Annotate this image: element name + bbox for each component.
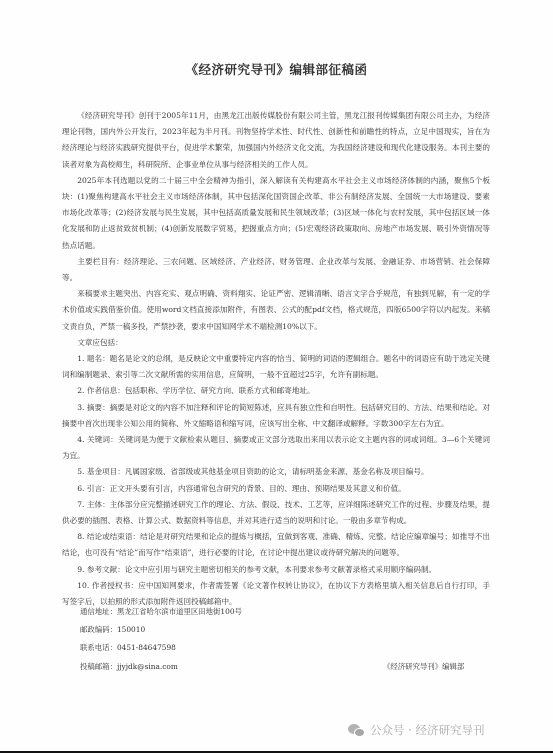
wechat-watermark: 公众号 · 经济研究导刊 (348, 722, 484, 738)
document-title: 《经济研究导刊》编辑部征稿函 (0, 60, 553, 78)
document-body: 《经济研究导刊》创刊于2005年11月，由黑龙江出版传媒股份有限公司主管，黑龙江… (62, 108, 490, 610)
item-fund: 5. 基金项目：凡属国家级、省部级或其他基金项目资助的论文，请标明基金来源、基金… (62, 464, 490, 480)
paragraph-article-includes: 文章应包括： (62, 335, 490, 351)
paragraph-intro: 《经济研究导刊》创刊于2005年11月，由黑龙江出版传媒股份有限公司主管，黑龙江… (62, 108, 490, 173)
item-abstract: 3. 摘要：摘要是对论文的内容不加注释和评论的简短陈述，应具有独立性和自明性。包… (62, 400, 490, 432)
contact-phone: 联系电话：0451-84647598 (80, 639, 242, 657)
item-conclusion: 8. 结论或结束语：结论是对研究结果和论点的提炼与概括，宜做到客观、准确、精炼、… (62, 529, 490, 561)
document-page: 《经济研究导刊》编辑部征稿函 《经济研究导刊》创刊于2005年11月，由黑龙江出… (0, 0, 553, 753)
editorial-signature: 《经济研究导刊》编辑部 (383, 661, 464, 672)
watermark-text: 公众号 · 经济研究导刊 (370, 722, 484, 738)
item-title: 1. 题名：题名是论文的总纲，是反映论文中重要特定内容的恰当、简明的词语的逻辑组… (62, 351, 490, 383)
item-keywords: 4. 关键词：关键词是为便于文献检索从题目、摘要或正文部分选取出来用以表示论文主… (62, 432, 490, 464)
paragraph-columns: 主要栏目有：经济理论、三农问题、区域经济、产业经济、财务管理、企业改革与发展、金… (62, 254, 490, 286)
item-introduction: 6. 引言：正文开头要有引言，内容通常包含研究的背景、目的、理由、预期结果及其意… (62, 481, 490, 497)
contact-postcode: 邮政编码：150010 (80, 621, 242, 639)
contact-info: 通信地址：黑龙江省哈尔滨市道里区田地街100号 邮政编码：150010 联系电话… (80, 603, 242, 676)
item-main-body: 7. 主体：主体部分应完整描述研究工作的理论、方法、假设、技术、工艺等，应详细陈… (62, 497, 490, 529)
wechat-icon (348, 724, 366, 737)
item-author-info: 2. 作者信息：包括职称、学历学位、研究方向、联系方式和邮寄地址。 (62, 383, 490, 399)
paragraph-topics-2025: 2025年本刊选题以党的二十届三中全会精神为指引，深入解读有关构建高水平社会主义… (62, 173, 490, 254)
paragraph-requirements: 来稿要求主题突出、内容充实、观点明确、资料翔实、论证严密、逻辑清晰、语言文字合乎… (62, 286, 490, 335)
contact-email: 投稿邮箱：jjyjdk@sina.com (80, 658, 242, 676)
contact-address: 通信地址：黑龙江省哈尔滨市道里区田地街100号 (80, 603, 242, 621)
item-references: 9. 参考文献：论文中应引用与研究主题密切相关的参考文献，本刊要求参考文献著录格… (62, 562, 490, 578)
